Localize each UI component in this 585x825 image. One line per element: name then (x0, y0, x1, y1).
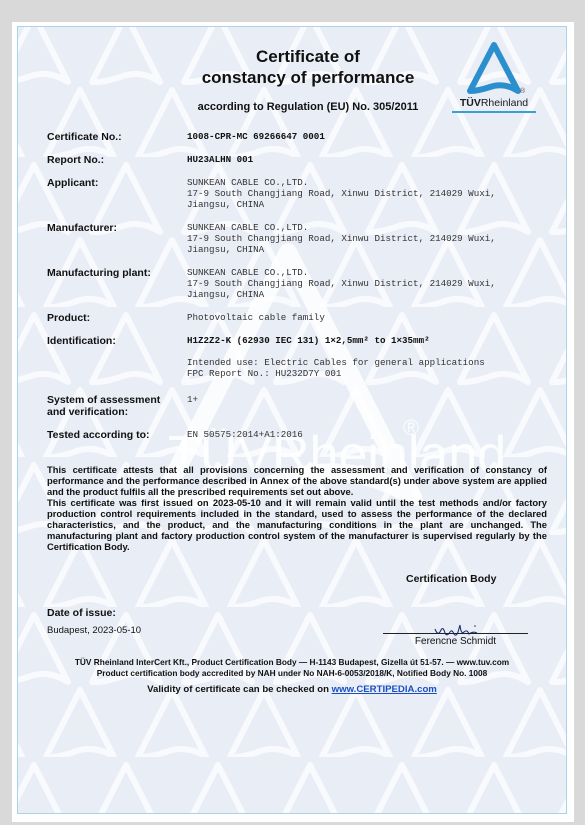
field-label: System of assessment and verification: (47, 394, 182, 418)
field-label: Product: (47, 312, 182, 324)
field-value: H1Z2Z2-K (62930 IEC 131) 1×2,5mm² to 1×3… (187, 335, 430, 346)
title-line-2: constancy of performance (138, 67, 478, 88)
certipedia-link[interactable]: www.CERTIPEDIA.com (332, 684, 437, 695)
field-label: Manufacturer: (47, 222, 182, 234)
field-value: EN 50575:2014+A1:2016 (187, 429, 303, 440)
certificate-sheet: TÜVRheinland ® Certificate of constancy … (12, 22, 574, 822)
field-value: 1+ (187, 394, 198, 405)
certificate-content: Certificate of constancy of performance … (18, 27, 566, 813)
field-value: SUNKEAN CABLE CO.,LTD. 17-9 South Changj… (187, 177, 496, 210)
tuv-rheinland-logo: ® TÜVRheinland (452, 41, 536, 113)
title-line-1: Certificate of (138, 46, 478, 67)
regulation-subtitle: according to Regulation (EU) No. 305/201… (138, 101, 478, 113)
attestation-paragraph-1: This certificate attests that all provis… (47, 464, 547, 497)
field-value: HU23ALHN 001 (187, 154, 253, 165)
footer-accreditation: Product certification body accredited by… (28, 668, 556, 678)
field-label: Manufacturing plant: (47, 267, 182, 279)
footer-address: TÜV Rheinland InterCert Kft., Product Ce… (28, 657, 556, 667)
field-value: Photovoltaic cable family (187, 312, 325, 323)
signature-line (383, 633, 528, 634)
signer-name: Ferencne Schmidt (383, 636, 528, 647)
logo-registered-mark: ® (520, 88, 525, 95)
field-label: Report No.: (47, 154, 182, 166)
attestation-paragraph-2: This certificate was first issued on 202… (47, 497, 547, 552)
footer-validity: Validity of certificate can be checked o… (28, 684, 556, 695)
field-label: Applicant: (47, 177, 182, 189)
field-label: Tested according to: (47, 429, 182, 441)
logo-wordmark: TÜVRheinland (452, 97, 536, 109)
field-label: Identification: (47, 335, 182, 347)
date-of-issue-label: Date of issue: (47, 607, 116, 619)
field-value: 1008-CPR-MC 69266647 0001 (187, 131, 325, 142)
field-label: Certificate No.: (47, 131, 182, 143)
field-value: SUNKEAN CABLE CO.,LTD. 17-9 South Changj… (187, 267, 496, 300)
field-value: SUNKEAN CABLE CO.,LTD. 17-9 South Changj… (187, 222, 496, 255)
certificate-title: Certificate of constancy of performance (138, 46, 478, 88)
certification-body-label: Certification Body (406, 573, 496, 585)
field-value: Intended use: Electric Cables for genera… (187, 357, 485, 379)
logo-underline (452, 111, 536, 113)
certificate-frame: TÜVRheinland ® Certificate of constancy … (17, 26, 567, 814)
date-of-issue-value: Budapest, 2023-05-10 (47, 625, 141, 636)
